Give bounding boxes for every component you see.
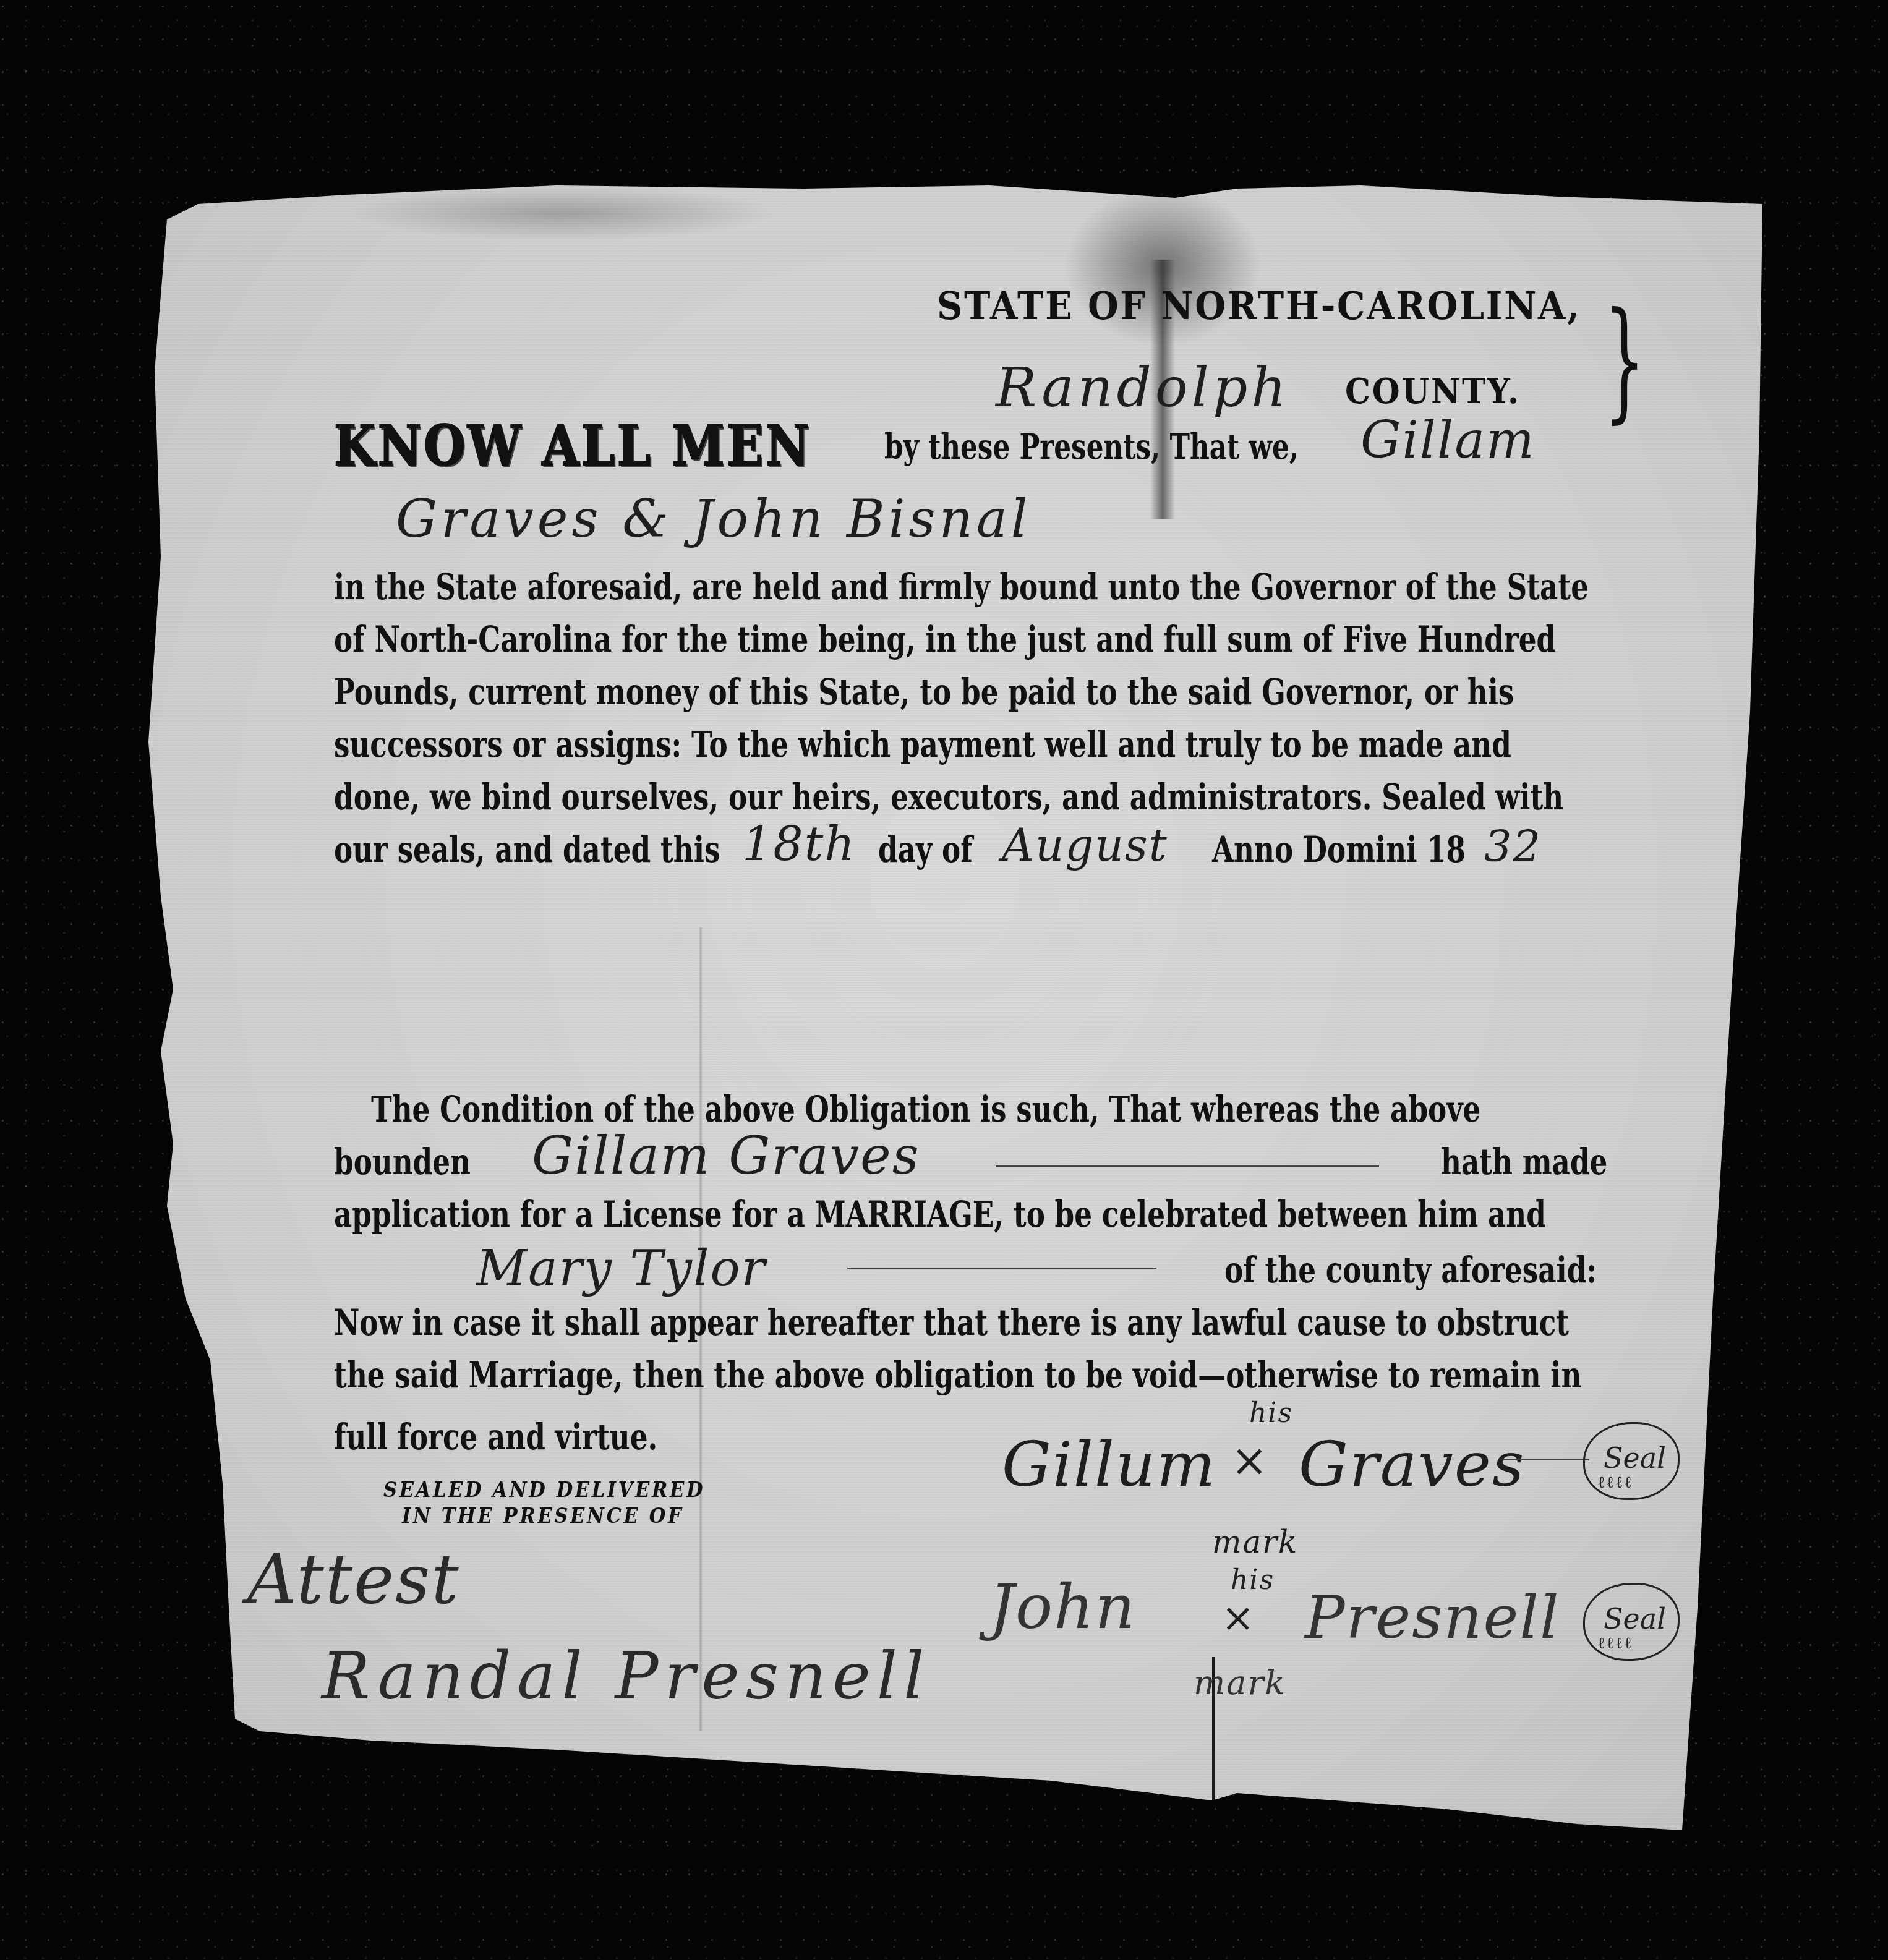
witness-signature-handwritten: Randal Presnell [322,1638,930,1714]
bond-line-5: Pounds, current money of this State, to … [334,671,1514,713]
signer-2-seal-icon: Seal ℓℓℓℓ [1583,1583,1680,1661]
bond-line-4: of North-Carolina for the time being, in… [334,618,1556,660]
signer-1-first-name: Gillum [1002,1428,1216,1501]
groom-name-handwritten: Gillam Graves [532,1125,920,1186]
state-heading: STATE OF NORTH-CAROLINA, [937,283,1581,328]
condition-line-2-suffix: hath made [1441,1141,1607,1183]
signer-1-seal-label: Seal [1604,1441,1666,1475]
brace-icon: } [1604,284,1645,436]
know-all-men-heading: KNOW ALL MEN [334,413,811,479]
county-name-handwritten: Randolph [996,356,1290,419]
bond-line-8-mid: day of [878,829,973,871]
signer-2-last-name: Presnell [1305,1583,1560,1652]
bond-line-8-suffix: Anno Domini 18 [1212,829,1466,871]
signer-2-mark-below: mark [1194,1663,1286,1702]
month-handwritten: August [1002,819,1168,871]
bond-line-6: successors or assigns: To the which paym… [334,723,1511,765]
bride-blank-line [847,1268,1156,1269]
condition-line-4-suffix: of the county aforesaid: [1224,1249,1597,1291]
bond-line-3: in the State aforesaid, are held and fir… [334,566,1589,608]
condition-line-7: full force and virtue. [334,1416,657,1458]
principal-first-name-handwritten: Gillam [1360,411,1536,470]
seal-scallop-decoration: ℓℓℓℓ [1597,1634,1633,1653]
attest-handwritten: Attest [247,1540,460,1619]
groom-blank-line [996,1165,1379,1167]
day-handwritten: 18th [742,816,856,871]
signer-2-mark-above: his [1231,1564,1275,1596]
condition-line-1: The Condition of the above Obligation is… [371,1088,1480,1130]
signer-2-first-name: John [989,1570,1136,1643]
condition-line-3: application for a License for a MARRIAGE… [334,1193,1546,1235]
document-page: STATE OF NORTH-CAROLINA, Randolph COUNTY… [0,0,1888,1960]
signer-1-mark-x-icon: × [1231,1434,1269,1486]
bond-line-7: done, we bind ourselves, our heirs, exec… [334,776,1563,818]
signer-1-mark-above: his [1249,1397,1293,1429]
signer-2-mark-x-icon: × [1221,1595,1256,1641]
signer-1-seal-icon: Seal ℓℓℓℓ [1583,1422,1680,1500]
bride-name-handwritten: Mary Tylor [476,1240,766,1297]
condition-line-5: Now in case it shall appear hereafter th… [334,1302,1569,1344]
county-label: COUNTY. [1345,371,1521,412]
condition-line-2-prefix: bounden [334,1141,471,1183]
seal-scallop-decoration: ℓℓℓℓ [1597,1473,1633,1492]
bond-line-1: by these Presents, That we, [884,427,1299,467]
in-presence-of-label: IN THE PRESENCE OF [402,1504,683,1528]
bond-line-8-prefix: our seals, and dated this [334,829,720,871]
sealed-delivered-label: SEALED AND DELIVERED [383,1478,705,1502]
signer-1-mark-below: mark [1212,1524,1298,1560]
top-left-stain [346,185,779,241]
signer-1-seal-line [1503,1459,1589,1460]
condition-line-6: the said Marriage, then the above obliga… [334,1354,1581,1396]
signer-2-seal-label: Seal [1604,1602,1666,1635]
signer-1-last-name: Graves [1299,1428,1525,1501]
principals-handwritten: Graves & John Bisnal [396,488,1032,549]
year-handwritten: 32 [1484,821,1542,872]
